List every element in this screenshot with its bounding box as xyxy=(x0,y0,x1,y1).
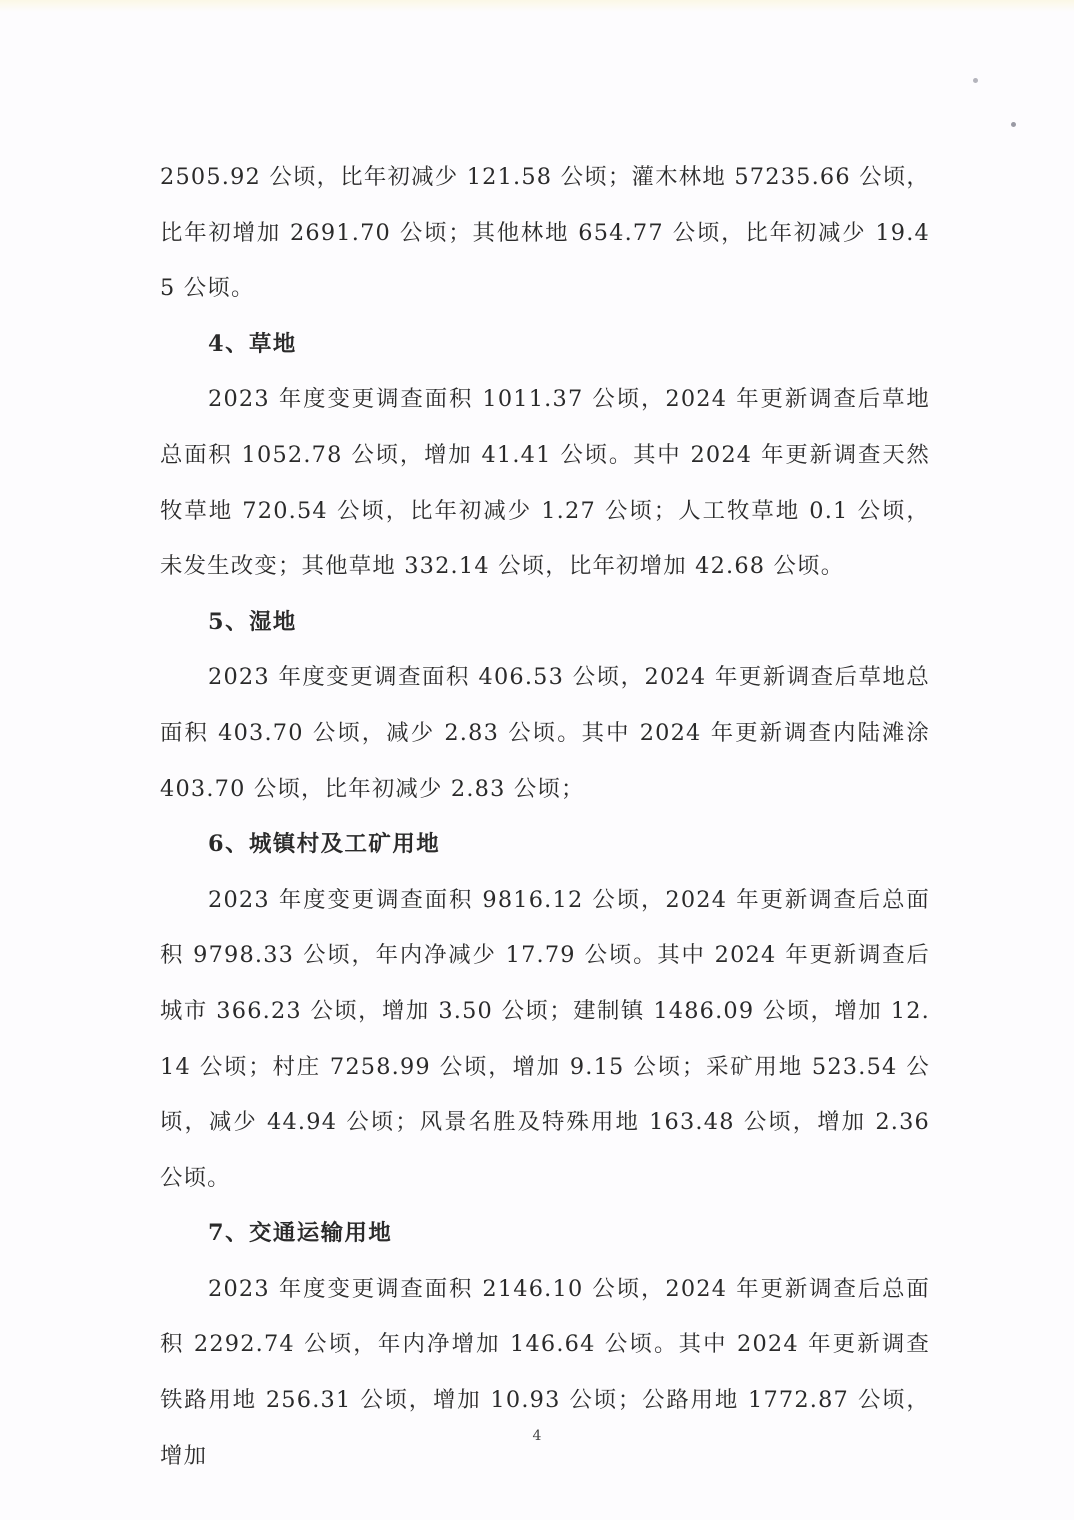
document-page: 2505.92 公顷，比年初减少 121.58 公顷；灌木林地 57235.66… xyxy=(160,150,930,1484)
section-heading-transport-land: 7、交通运输用地 xyxy=(160,1206,930,1262)
page-number: 4 xyxy=(0,1428,1074,1444)
section-body-transport-land: 2023 年度变更调查面积 2146.10 公顷，2024 年更新调查后总面积 … xyxy=(160,1262,930,1484)
section-body-grassland: 2023 年度变更调查面积 1011.37 公顷，2024 年更新调查后草地总面… xyxy=(160,372,930,594)
section-heading-wetland: 5、湿地 xyxy=(160,595,930,651)
section-heading-urban-industrial-land: 6、城镇村及工矿用地 xyxy=(160,817,930,873)
continuation-paragraph: 2505.92 公顷，比年初减少 121.58 公顷；灌木林地 57235.66… xyxy=(160,150,930,317)
scan-speck xyxy=(1011,122,1016,127)
section-body-urban-industrial-land: 2023 年度变更调查面积 9816.12 公顷，2024 年更新调查后总面积 … xyxy=(160,873,930,1207)
scan-top-edge xyxy=(0,0,1074,12)
section-heading-grassland: 4、草地 xyxy=(160,317,930,373)
scan-speck xyxy=(973,78,978,83)
section-body-wetland: 2023 年度变更调查面积 406.53 公顷，2024 年更新调查后草地总面积… xyxy=(160,650,930,817)
